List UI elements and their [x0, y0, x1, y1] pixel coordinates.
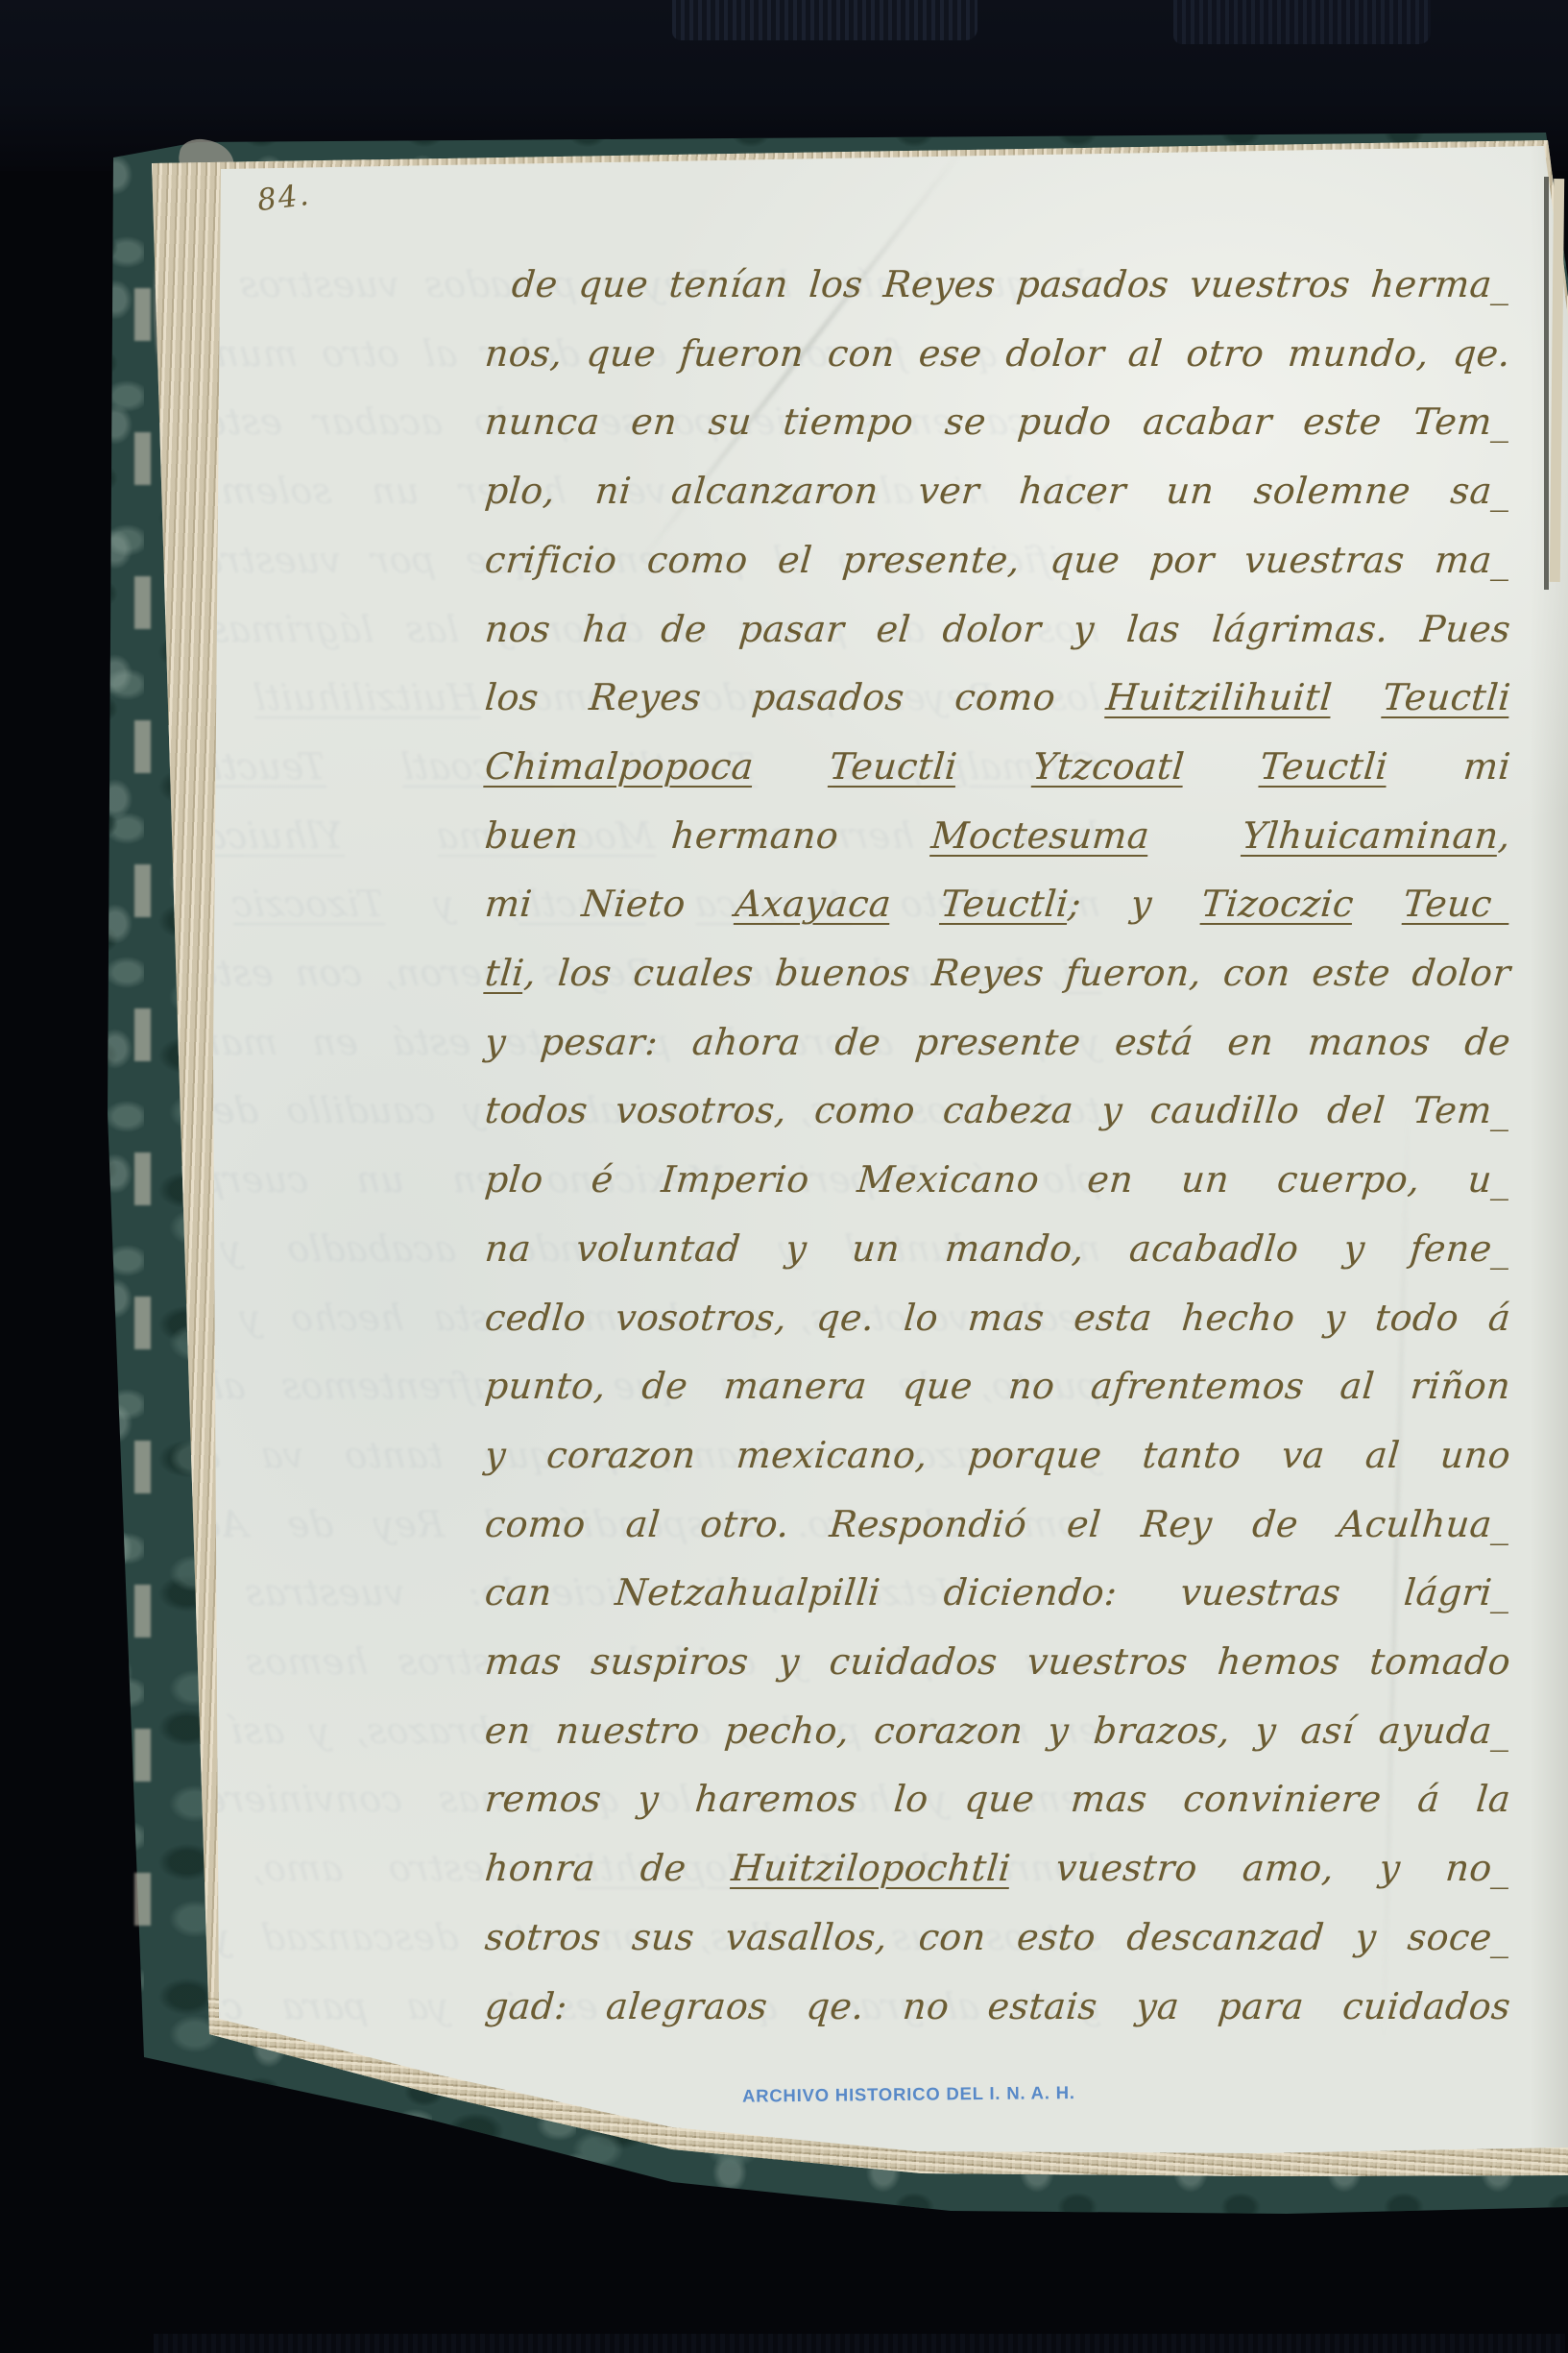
manuscript-line: sotros sus vasallos, con esto descanzad … — [482, 1910, 1512, 1968]
manuscript-line: nunca en su tiempo se pudo acabar este T… — [482, 395, 1512, 452]
manuscript-line: mas suspiros y cuidados vuestros hemos t… — [482, 1635, 1512, 1692]
manuscript-line: nos ha de pasar el dolor y las lágrimas.… — [482, 602, 1512, 660]
manuscript-line: tli, los cuales buenos Reyes fueron, con… — [482, 946, 1512, 1004]
manuscript-line: nos, que fueron con ese dolor al otro mu… — [482, 327, 1512, 384]
manuscript-line: y corazon mexicano, porque tanto va al u… — [482, 1428, 1512, 1486]
manuscript-line: todos vosotros, como cabeza y caudillo d… — [482, 1083, 1512, 1141]
manuscript-photo: de que tenían los Reyes pasados vuestros… — [0, 0, 1568, 2353]
cover-worn-edge — [134, 288, 151, 2017]
page-edge-shadow — [1544, 177, 1549, 590]
fabric-strip-bottom — [154, 2334, 1565, 2353]
page-number: 84. — [255, 178, 312, 218]
manuscript-line: remos y haremos lo que mas conviniere á … — [482, 1772, 1512, 1830]
manuscript-line: punto, de manera que no afrentemos al ri… — [482, 1359, 1512, 1417]
manuscript-line: en nuestro pecho, corazon y brazos, y as… — [482, 1704, 1512, 1761]
manuscript-line: y pesar: ahora de presente está en manos… — [482, 1015, 1512, 1073]
manuscript-line: honra de Huitzilopochtli vuestro amo, y … — [482, 1841, 1512, 1899]
manuscript-page: de que tenían los Reyes pasados vuestros… — [0, 0, 1568, 2353]
manuscript-line: mi Nieto Axayaca Teuctli; y Tizoczic Teu… — [482, 877, 1512, 934]
manuscript-line: los Reyes pasados como Huitzilihuitl Teu… — [482, 670, 1512, 728]
archive-stamp: ARCHIVO HISTORICO DEL I. N. A. H. — [742, 2082, 1042, 2106]
fabric-strip — [672, 0, 977, 40]
manuscript-line: gad: alegraos qe. no estais ya para cuid… — [482, 1979, 1512, 2037]
manuscript-line: na voluntad y un mando, acabadlo y fene_ — [482, 1222, 1512, 1279]
manuscript-line: plo é Imperio Mexicano en un cuerpo, u_ — [482, 1152, 1512, 1210]
manuscript-line: plo, ni alcanzaron ver hacer un solemne … — [482, 464, 1512, 522]
manuscript-line: can Netzahualpilli diciendo: vuestras lá… — [482, 1565, 1512, 1623]
manuscript-line: cedlo vosotros, qe. lo mas esta hecho y … — [482, 1291, 1512, 1348]
manuscript-line: crificio como el presente, que por vuest… — [482, 533, 1512, 591]
manuscript-line: Chimalpopoca Teuctli Ytzcoatl Teuctli mi — [482, 740, 1512, 797]
fabric-strip — [1173, 0, 1431, 44]
manuscript-line: de que tenían los Reyes pasados vuestros… — [482, 257, 1512, 315]
manuscript-line: como al otro. Respondió el Rey de Aculhu… — [482, 1497, 1512, 1555]
manuscript-line: buen hermano Moctesuma Ylhuicaminan, — [482, 809, 1512, 866]
